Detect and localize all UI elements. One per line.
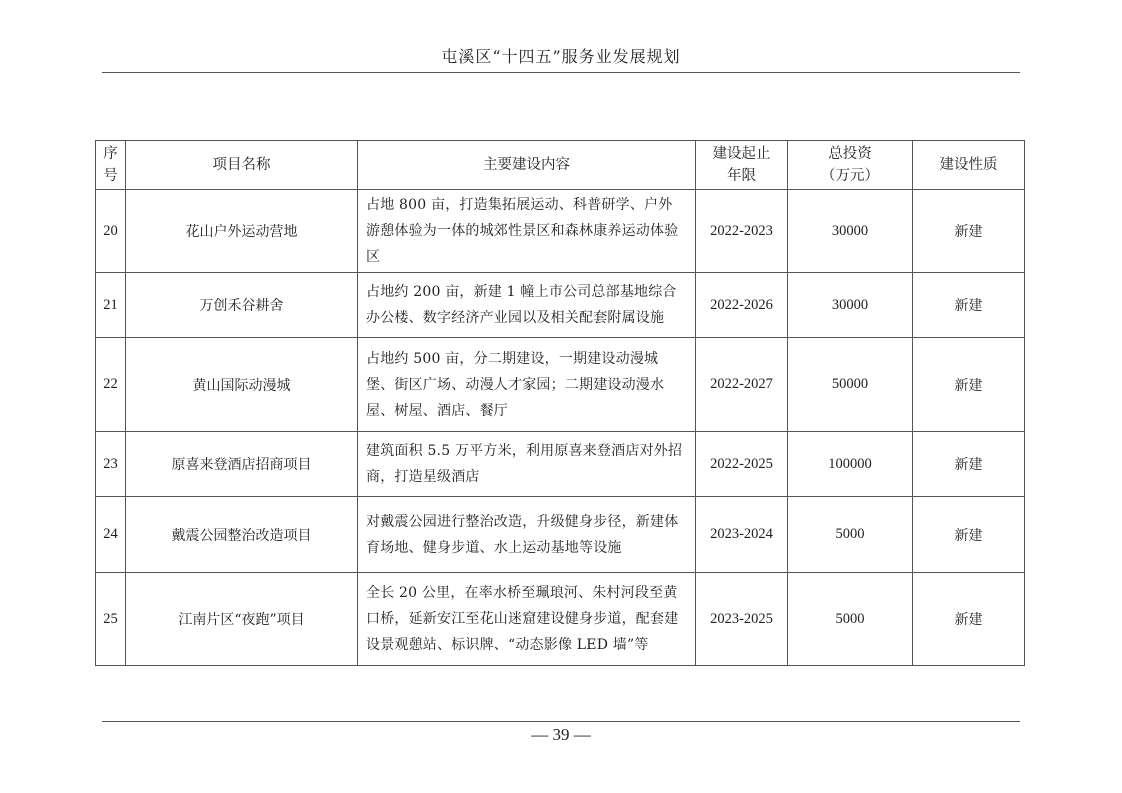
table-row: 20 花山户外运动营地 占地 800 亩，打造集拓展运动、科普研学、户外游憩体验… (96, 190, 1025, 273)
column-header-seq: 序 号 (96, 141, 126, 190)
cell-content: 全长 20 公里，在率水桥至珮琅河、朱村河段至黄口桥，延新安江至花山迷窟建设健身… (358, 573, 696, 666)
cell-name: 江南片区“夜跑”项目 (126, 573, 358, 666)
cell-invest: 30000 (788, 190, 913, 273)
cell-years: 2023-2024 (696, 497, 788, 573)
cell-content: 占地约 200 亩，新建 1 幢上市公司总部基地综合办公楼、数字经济产业园以及相… (358, 273, 696, 338)
cell-seq: 21 (96, 273, 126, 338)
table-row: 25 江南片区“夜跑”项目 全长 20 公里，在率水桥至珮琅河、朱村河段至黄口桥… (96, 573, 1025, 666)
document-title: 屯溪区“十四五”服务业发展规划 (441, 47, 680, 66)
cell-seq: 20 (96, 190, 126, 273)
cell-seq: 23 (96, 432, 126, 497)
page-number: — 39 — (531, 725, 591, 745)
column-header-seq-line1: 序 (96, 143, 125, 165)
cell-invest: 30000 (788, 273, 913, 338)
table-row: 22 黄山国际动漫城 占地约 500 亩，分二期建设，一期建设动漫城堡、街区广场… (96, 338, 1025, 432)
cell-nature: 新建 (913, 338, 1025, 432)
column-header-years: 建设起止 年限 (696, 141, 788, 190)
page-header: 屯溪区“十四五”服务业发展规划 (102, 44, 1020, 73)
cell-invest: 5000 (788, 573, 913, 666)
cell-seq: 24 (96, 497, 126, 573)
project-table-container: 序 号 项目名称 主要建设内容 建设起止 年限 总投资 （万元） 建设性质 20 (95, 140, 1024, 666)
cell-years: 2022-2026 (696, 273, 788, 338)
cell-content: 建筑面积 5.5 万平方米，利用原喜来登酒店对外招商，打造星级酒店 (358, 432, 696, 497)
table-row: 21 万创禾谷耕舍 占地约 200 亩，新建 1 幢上市公司总部基地综合办公楼、… (96, 273, 1025, 338)
column-header-invest: 总投资 （万元） (788, 141, 913, 190)
cell-invest: 50000 (788, 338, 913, 432)
column-header-invest-line1: 总投资 (788, 143, 912, 165)
column-header-years-line2: 年限 (696, 165, 787, 187)
cell-years: 2022-2023 (696, 190, 788, 273)
cell-nature: 新建 (913, 190, 1025, 273)
column-header-name: 项目名称 (126, 141, 358, 190)
cell-content: 占地约 500 亩，分二期建设，一期建设动漫城堡、街区广场、动漫人才家园；二期建… (358, 338, 696, 432)
cell-name: 戴震公园整治改造项目 (126, 497, 358, 573)
cell-years: 2023-2025 (696, 573, 788, 666)
cell-nature: 新建 (913, 432, 1025, 497)
cell-invest: 5000 (788, 497, 913, 573)
cell-years: 2022-2025 (696, 432, 788, 497)
cell-invest: 100000 (788, 432, 913, 497)
cell-nature: 新建 (913, 273, 1025, 338)
cell-nature: 新建 (913, 573, 1025, 666)
column-header-nature: 建设性质 (913, 141, 1025, 190)
cell-nature: 新建 (913, 497, 1025, 573)
cell-seq: 22 (96, 338, 126, 432)
cell-name: 原喜来登酒店招商项目 (126, 432, 358, 497)
cell-name: 万创禾谷耕舍 (126, 273, 358, 338)
table-row: 24 戴震公园整治改造项目 对戴震公园进行整治改造，升级健身步径，新建体育场地、… (96, 497, 1025, 573)
column-header-invest-line2: （万元） (788, 165, 912, 187)
project-table: 序 号 项目名称 主要建设内容 建设起止 年限 总投资 （万元） 建设性质 20 (95, 140, 1025, 666)
column-header-seq-line2: 号 (96, 165, 125, 187)
cell-name: 花山户外运动营地 (126, 190, 358, 273)
table-row: 23 原喜来登酒店招商项目 建筑面积 5.5 万平方米，利用原喜来登酒店对外招商… (96, 432, 1025, 497)
cell-name: 黄山国际动漫城 (126, 338, 358, 432)
cell-content: 对戴震公园进行整治改造，升级健身步径，新建体育场地、健身步道、水上运动基地等设施 (358, 497, 696, 573)
cell-years: 2022-2027 (696, 338, 788, 432)
column-header-years-line1: 建设起止 (696, 143, 787, 165)
cell-content: 占地 800 亩，打造集拓展运动、科普研学、户外游憩体验为一体的城郊性景区和森林… (358, 190, 696, 273)
page-footer: — 39 — (102, 721, 1020, 745)
table-header-row: 序 号 项目名称 主要建设内容 建设起止 年限 总投资 （万元） 建设性质 (96, 141, 1025, 190)
column-header-content: 主要建设内容 (358, 141, 696, 190)
cell-seq: 25 (96, 573, 126, 666)
